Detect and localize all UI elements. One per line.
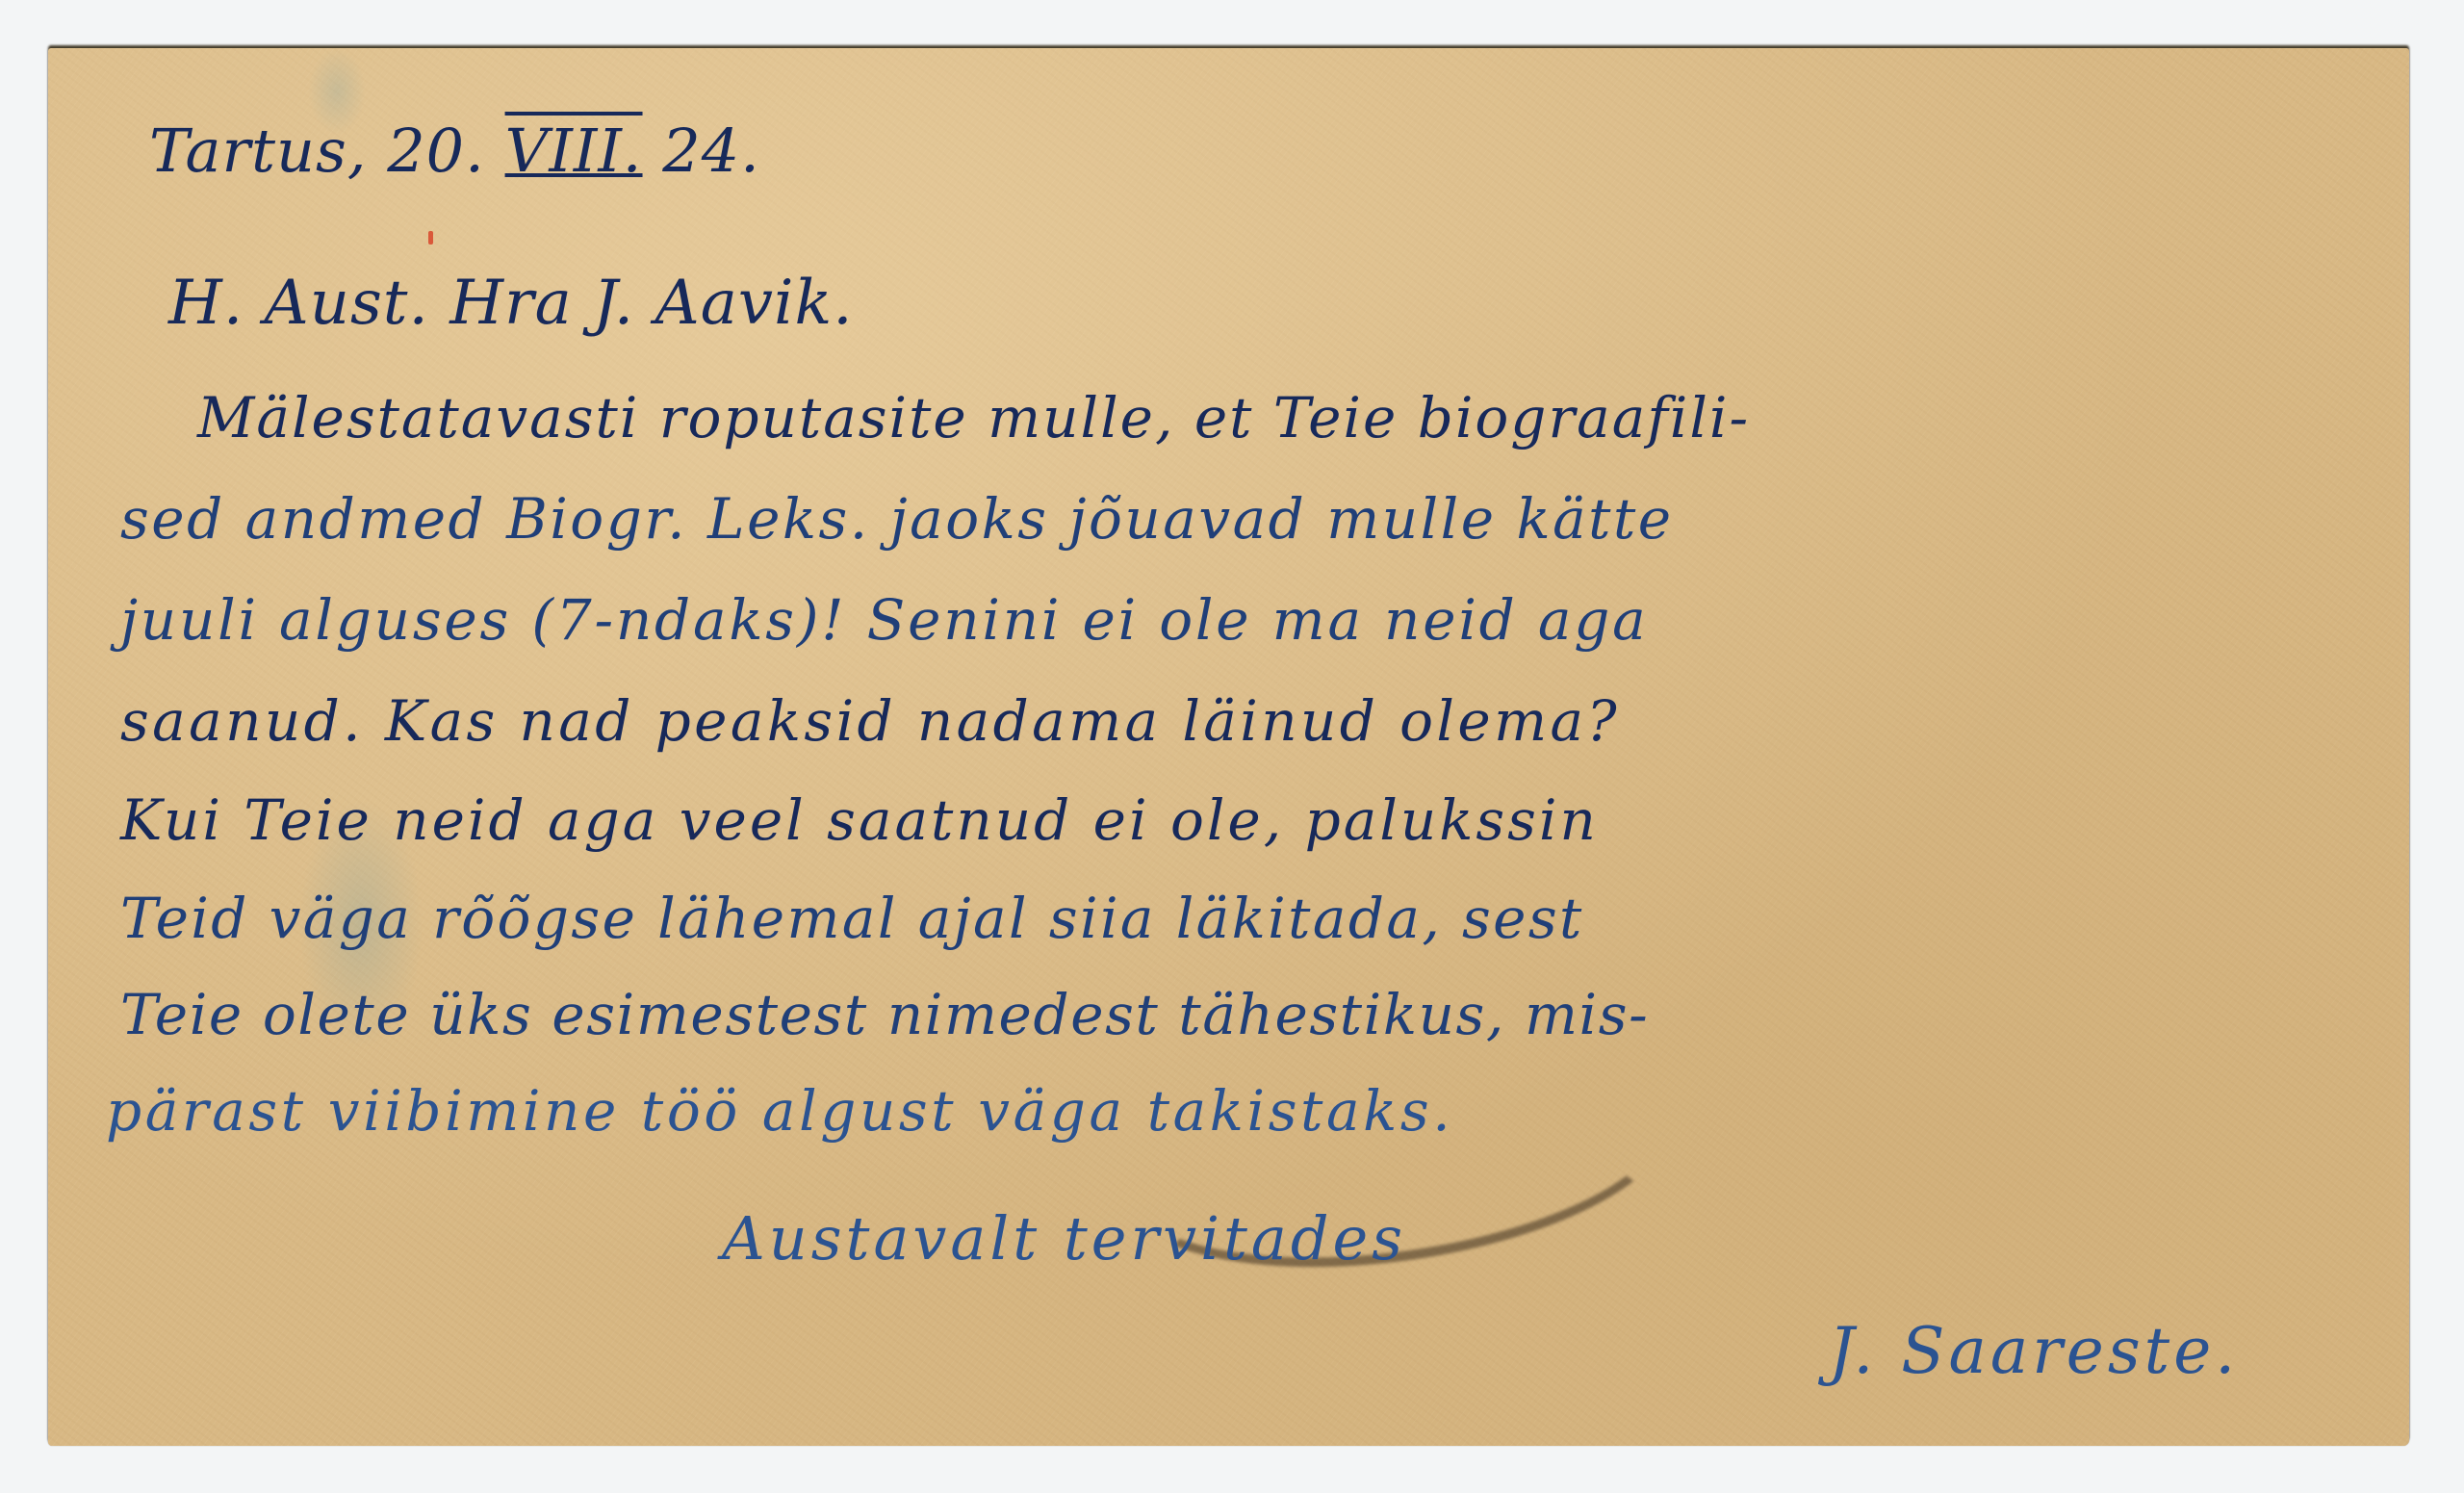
body-line-1: Mälestatavasti roputasite mulle, et Teie… [197,385,1750,450]
place: Tartus, [149,116,368,186]
body-line-7: Teie olete üks esimestest nimedest tähes… [120,982,1649,1047]
date-day: 20. [387,116,485,186]
postcard: Tartus, 20. VIII. 24. H. Aust. Hra J. Aa… [48,48,2409,1446]
body-line-3: juuli alguses (7-ndaks)! Senini ei ole m… [120,587,1649,653]
body-line-5: Kui Teie neid aga veel saatnud ei ole, p… [120,787,1599,853]
place-date: Tartus, 20. VIII. 24. [149,116,760,186]
body-line-6: Teid väga rõõgse lähemal ajal siia läkit… [120,886,1584,951]
body-line-4: saanud. Kas nad peaksid nadama läinud ol… [120,688,1620,754]
date-month: VIII. [505,116,643,186]
salutation: H. Aust. Hra J. Aavik. [168,268,854,339]
red-fleck [428,231,433,245]
body-line-8: pärast viibimine töö algust väga takista… [106,1078,1453,1144]
date-year: 24. [662,116,760,186]
body-line-2: sed andmed Biogr. Leks. jaoks jõuavad mu… [120,486,1674,552]
signature: J. Saareste. [1829,1314,2239,1388]
closing: Austavalt tervitades [722,1203,1406,1274]
